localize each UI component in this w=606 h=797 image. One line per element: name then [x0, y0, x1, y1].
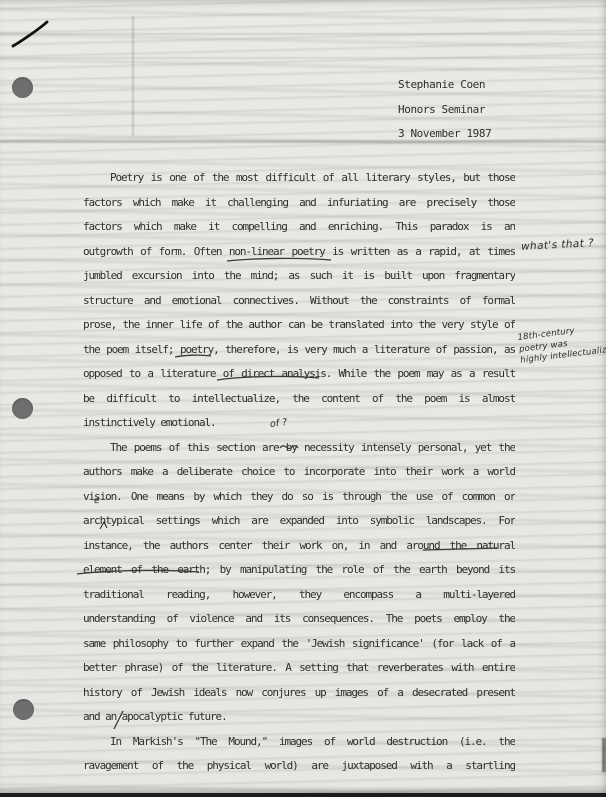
inline-insertion-e: e: [93, 496, 100, 507]
text-line: the poem itself; poetry, therefore, is v…: [83, 338, 515, 363]
hole-punch: [13, 699, 34, 720]
scan-bottom-shadow: [0, 786, 606, 793]
text-line: structure and emotional connectives. Wit…: [83, 289, 515, 314]
text-line: understanding of violence and its conseq…: [83, 607, 515, 632]
scan-streak: [0, 140, 606, 143]
text-line: In Markish's "The Mound," images of worl…: [83, 730, 515, 755]
text-line: same philosophy to further expand the 'J…: [83, 632, 515, 657]
text-line: history of Jewish ideals now conjures up…: [83, 681, 515, 706]
scan-streak: [0, 57, 606, 59]
text-line: traditional reading, however, they encom…: [83, 583, 515, 608]
scan-bottom-edge: [0, 793, 606, 797]
text-line: instance, the authors center their work …: [83, 534, 515, 559]
text-line: factors which make it challenging and in…: [83, 191, 515, 216]
scanned-document-page: Stephanie Coen Honors Seminar 3 November…: [0, 0, 606, 797]
text-line: Poetry is one of the most difficult of a…: [83, 166, 515, 191]
text-line: opposed to a literature of direct analys…: [83, 362, 515, 387]
document-header: Stephanie Coen Honors Seminar 3 November…: [398, 73, 491, 147]
text-line: archtypical settings which are expanded …: [83, 509, 515, 534]
course-name: Honors Seminar: [398, 98, 491, 123]
hole-punch: [12, 398, 33, 419]
text-line: be difficult to intellectualize, the con…: [83, 387, 515, 412]
text-line: ravagement of the physical world) are ju…: [83, 754, 515, 779]
paragraph-1: Poetry is one of the most difficult of a…: [83, 166, 515, 436]
text-line: prose, the inner life of the author can …: [83, 313, 515, 338]
scan-streak: [0, 33, 606, 35]
text-line: instinctively emotional.: [83, 411, 515, 436]
paragraph-3: In Markish's "The Mound," images of worl…: [83, 730, 515, 779]
text-line: The poems of this section are by necessi…: [83, 436, 515, 461]
scan-edge-mark: [602, 738, 606, 772]
margin-annotation-whats-that: what's that ?: [521, 237, 594, 253]
essay-body: Poetry is one of the most difficult of a…: [83, 166, 515, 779]
text-line: vision. One means by which they do so is…: [83, 485, 515, 510]
text-line: jumbled excursion into the mind; as such…: [83, 264, 515, 289]
document-date: 3 November 1987: [398, 122, 491, 147]
text-line: authors make a deliberate choice to inco…: [83, 460, 515, 485]
text-line: factors which make it compelling and enr…: [83, 215, 515, 240]
text-line: outgrowth of form. Often non-linear poet…: [83, 240, 515, 265]
text-line: better phrase) of the literature. A sett…: [83, 656, 515, 681]
text-line: element of the earth; by manipulating th…: [83, 558, 515, 583]
text-line: and an apocalyptic future.: [83, 705, 515, 730]
margin-annotation-18th-century: 18th-century poetry was highly intellect…: [517, 322, 606, 367]
hole-punch: [12, 77, 33, 98]
paper-crease: [132, 16, 134, 136]
paragraph-2: The poems of this section are by necessi…: [83, 436, 515, 730]
author-name: Stephanie Coen: [398, 73, 491, 98]
